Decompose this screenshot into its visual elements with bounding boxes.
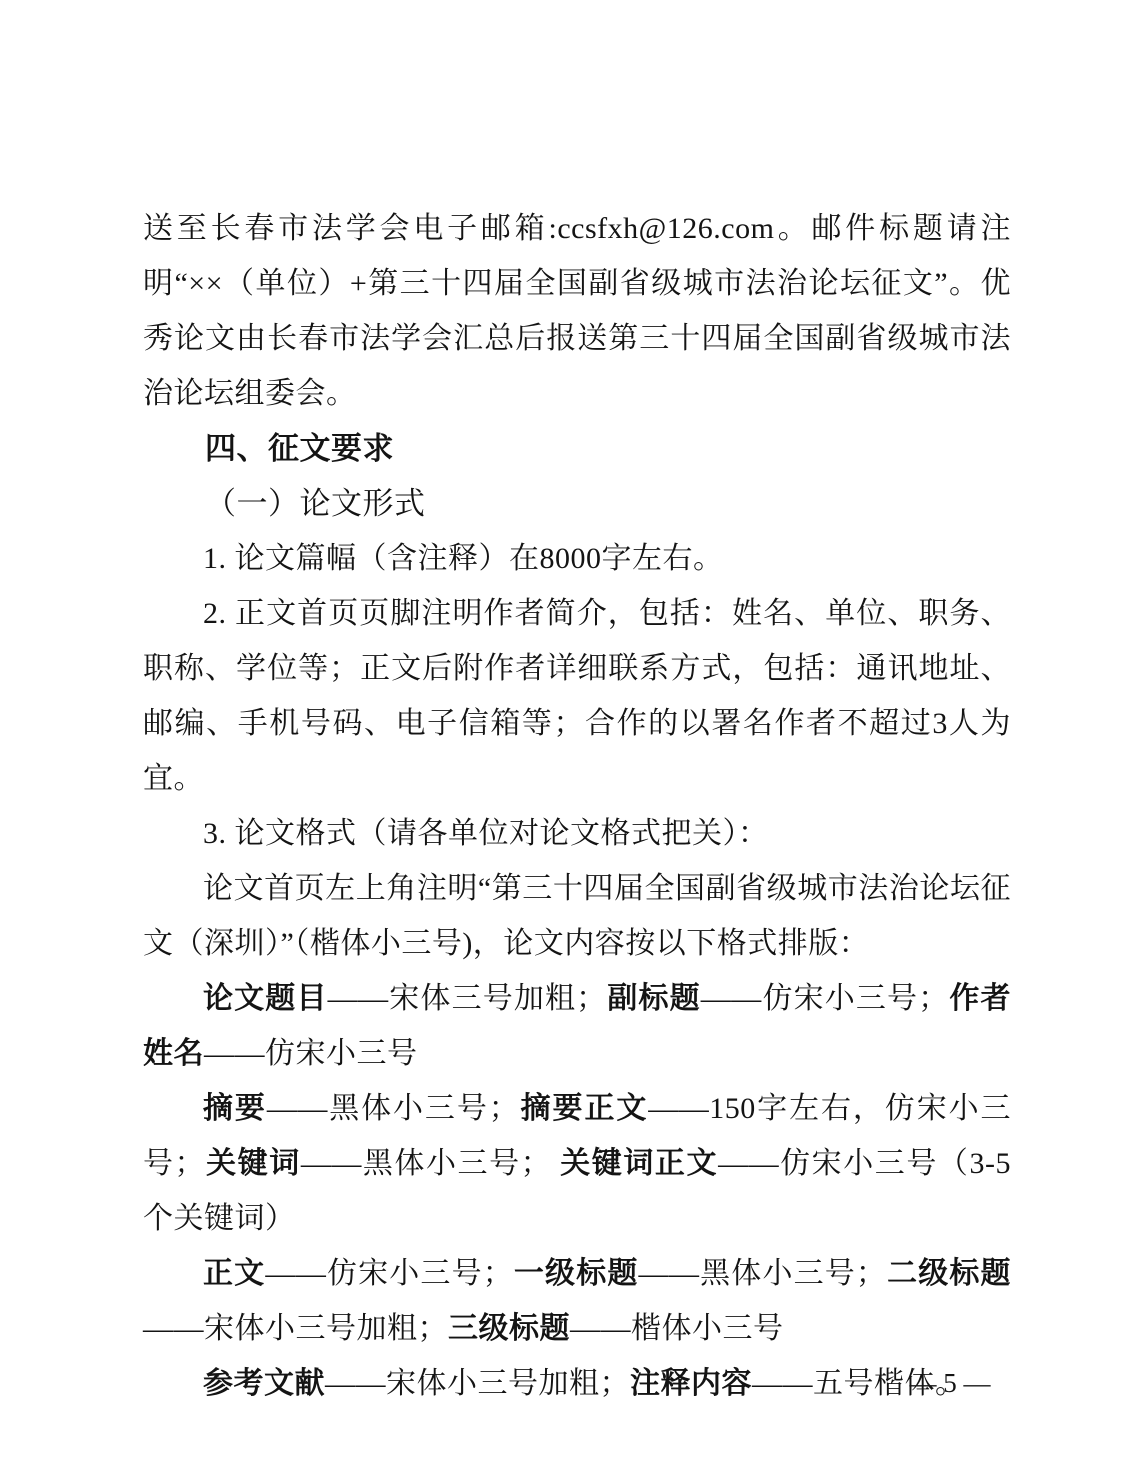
document-body: 送至长春市法学会电子邮箱:ccsfxh@126.com。邮件标题请注明“××（单… bbox=[143, 201, 1011, 1411]
text-run-bold: 摘要 bbox=[203, 1092, 267, 1125]
text-run: 论文首页左上角注明“第三十四届全国副省级城市法治论坛征文（深圳）”（楷体小三号)… bbox=[143, 872, 1011, 960]
document-page: 送至长春市法学会电子邮箱:ccsfxh@126.com。邮件标题请注明“××（单… bbox=[0, 0, 1133, 1467]
text-run-bold: 关键词 bbox=[205, 1147, 301, 1180]
text-run: ——仿宋小三号； bbox=[701, 982, 949, 1015]
text-run: ——黑体小三号； bbox=[267, 1092, 519, 1125]
text-run: （一）论文形式 bbox=[205, 486, 426, 521]
paragraph-submission-email: 送至长春市法学会电子邮箱:ccsfxh@126.com。邮件标题请注明“××（单… bbox=[143, 201, 1011, 421]
text-run: ——楷体小三号 bbox=[570, 1312, 784, 1345]
text-run: ——黑体小三号； bbox=[639, 1257, 887, 1290]
item-3-paper-format: 3. 论文格式（请各单位对论文格式把关）： bbox=[143, 806, 1011, 861]
text-run: 1. 论文篇幅（含注释）在8000字左右。 bbox=[203, 542, 724, 575]
heading-section-four: 四、征文要求 bbox=[143, 421, 1011, 476]
paragraph-first-page-note: 论文首页左上角注明“第三十四届全国副省级城市法治论坛征文（深圳）”（楷体小三号)… bbox=[143, 861, 1011, 971]
text-run-bold: 关键词正文 bbox=[560, 1147, 718, 1180]
page-footer: — 5 — bbox=[880, 1368, 1020, 1399]
text-run: ——仿宋小三号 bbox=[204, 1037, 418, 1070]
text-run: ——黑体小三号； bbox=[301, 1147, 560, 1180]
item-2-author-intro: 2. 正文首页页脚注明作者简介，包括：姓名、单位、职务、职称、学位等；正文后附作… bbox=[143, 586, 1011, 806]
page-number: — 5 — bbox=[910, 1368, 991, 1398]
heading-subsection-one: （一）论文形式 bbox=[143, 476, 1011, 531]
paragraph-body-headings-format: 正文——仿宋小三号；一级标题——黑体小三号；二级标题——宋体小三号加粗；三级标题… bbox=[143, 1246, 1011, 1356]
text-run-bold: 一级标题 bbox=[513, 1257, 638, 1290]
text-run-bold: 参考文献 bbox=[203, 1367, 325, 1400]
text-run: ——宋体三号加粗； bbox=[328, 982, 607, 1015]
text-run: ——宋体小三号加粗； bbox=[325, 1367, 630, 1400]
text-run: 2. 正文首页页脚注明作者简介，包括：姓名、单位、职务、职称、学位等；正文后附作… bbox=[143, 597, 1011, 795]
text-run: ——宋体小三号加粗； bbox=[143, 1312, 448, 1345]
item-1-paper-length: 1. 论文篇幅（含注释）在8000字左右。 bbox=[143, 531, 1011, 586]
text-run-bold: 摘要正文 bbox=[519, 1092, 648, 1125]
text-run-bold: 副标题 bbox=[607, 982, 701, 1015]
text-run-bold: 三级标题 bbox=[448, 1312, 570, 1345]
text-run-bold: 正文 bbox=[203, 1257, 265, 1290]
text-run: 送至长春市法学会电子邮箱:ccsfxh@126.com。邮件标题请注明“××（单… bbox=[143, 212, 1011, 410]
text-run-bold: 四、征文要求 bbox=[205, 431, 394, 466]
text-run: 3. 论文格式（请各单位对论文格式把关）： bbox=[203, 817, 769, 850]
text-run: ——仿宋小三号； bbox=[265, 1257, 513, 1290]
text-run-bold: 论文题目 bbox=[203, 982, 328, 1015]
paragraph-abstract-keywords-format: 摘要——黑体小三号；摘要正文——150字左右，仿宋小三号；关键词——黑体小三号；… bbox=[143, 1081, 1011, 1246]
paragraph-title-format: 论文题目——宋体三号加粗；副标题——仿宋小三号；作者姓名——仿宋小三号 bbox=[143, 971, 1011, 1081]
text-run-bold: 二级标题 bbox=[886, 1257, 1011, 1290]
text-run-bold: 注释内容 bbox=[630, 1367, 752, 1400]
